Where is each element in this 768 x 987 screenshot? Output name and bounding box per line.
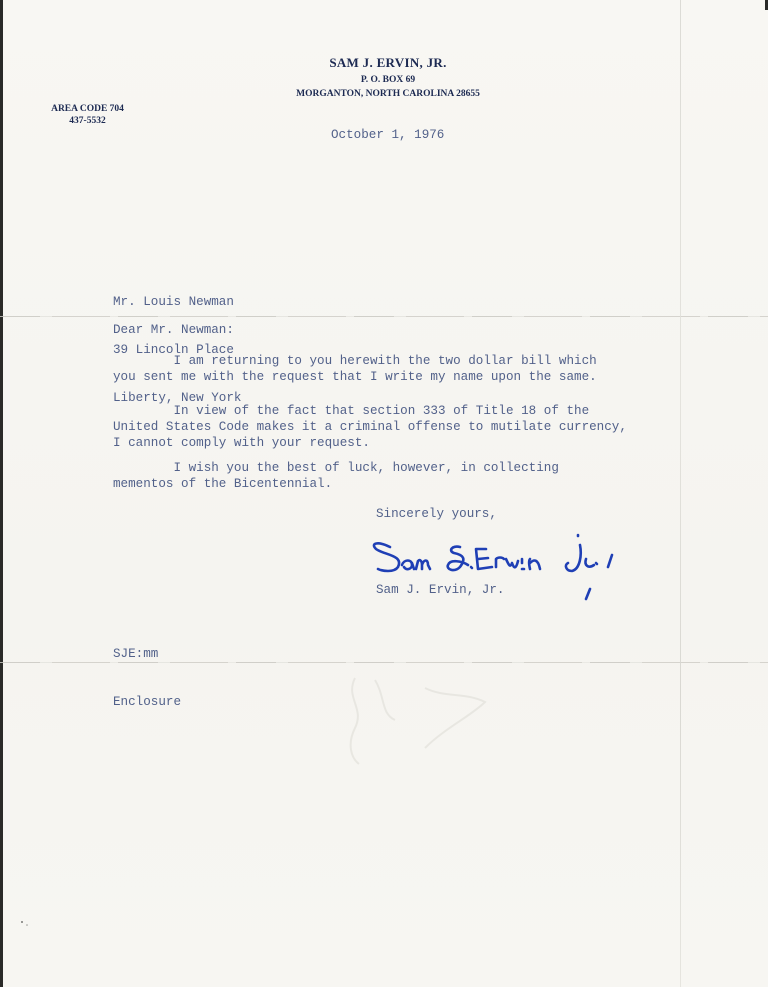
reference-block: SJE:mm Enclosure <box>113 614 181 742</box>
letterhead-name: SAM J. ERVIN, JR. <box>8 55 768 71</box>
scan-edge <box>0 0 3 987</box>
phone-number: 437-5532 <box>40 115 135 127</box>
letter-page: SAM J. ERVIN, JR. P. O. BOX 69 MORGANTON… <box>0 0 768 987</box>
letterhead-city: MORGANTON, NORTH CAROLINA 28655 <box>8 89 768 99</box>
letterhead-phone: AREA CODE 704 437-5532 <box>40 103 135 127</box>
recipient-line: Mr. Louis Newman <box>113 294 241 310</box>
body-paragraph: In view of the fact that section 333 of … <box>113 403 627 451</box>
letterhead-po-box: P. O. BOX 69 <box>8 75 768 85</box>
paper-specks <box>18 918 38 938</box>
fold-line <box>680 0 681 987</box>
closing: Sincerely yours, <box>376 506 497 522</box>
body-paragraph: I wish you the best of luck, however, in… <box>113 460 559 492</box>
enclosure-note: Enclosure <box>113 694 181 710</box>
embossed-seal <box>285 668 515 768</box>
salutation: Dear Mr. Newman: <box>113 322 234 338</box>
area-code: AREA CODE 704 <box>40 103 135 115</box>
letter-date: October 1, 1976 <box>331 127 444 143</box>
reference-initials: SJE:mm <box>113 646 181 662</box>
typed-signature-name: Sam J. Ervin, Jr. <box>376 582 504 598</box>
body-paragraph: I am returning to you herewith the two d… <box>113 353 597 385</box>
letterhead: SAM J. ERVIN, JR. P. O. BOX 69 MORGANTON… <box>0 55 768 99</box>
